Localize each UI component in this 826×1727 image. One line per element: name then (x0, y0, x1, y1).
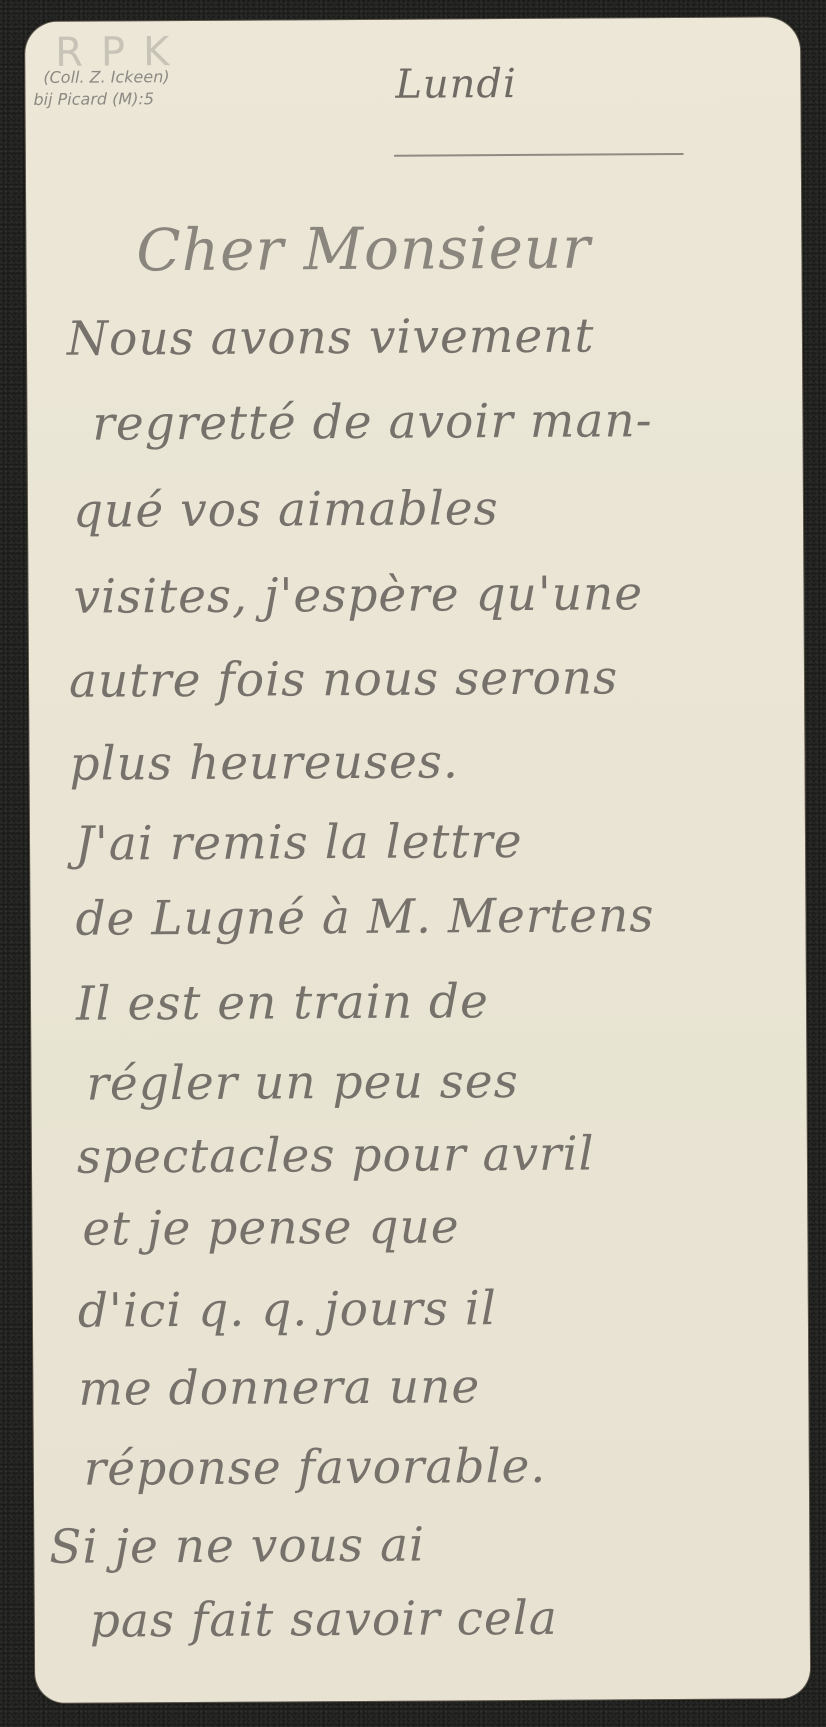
letter-card: RPK (Coll. Z. Ickeen) bij Picard (M):5 L… (25, 17, 810, 1703)
letter-line: de Lugné à M. Mertens (75, 888, 654, 947)
letter-line: Nous avons vivement (67, 309, 595, 367)
letter-line: régler un peu ses (86, 1054, 519, 1112)
archive-note-source: bij Picard (M):5 (33, 89, 154, 110)
letter-line: qué vos aimables (73, 481, 499, 539)
letter-line: plus heureuses. (69, 734, 459, 791)
letter-line: Si je ne vous ai (49, 1518, 425, 1575)
letter-line: me donnera une (78, 1359, 480, 1416)
letter-line: Il est en train de (76, 974, 489, 1032)
letter-line: d'ici q. q. jours il (78, 1281, 497, 1339)
letter-line: pas fait savoir cela (90, 1591, 558, 1649)
letter-line: regretté de avoir man- (92, 393, 652, 451)
letter-salutation: Cher Monsieur (136, 214, 591, 285)
header-underline (394, 153, 684, 157)
letter-line: visites, j'espère qu'une (73, 566, 643, 624)
letter-date-day: Lundi (395, 61, 517, 108)
letter-line: autre fois nous serons (69, 650, 618, 708)
letter-line: spectacles pour avril (77, 1127, 595, 1185)
letter-line: J'ai remis la lettre (75, 814, 523, 872)
letter-line: réponse favorable. (84, 1439, 547, 1497)
archive-note-collection: (Coll. Z. Ickeen) (43, 67, 169, 88)
letter-line: et je pense que (82, 1199, 460, 1256)
